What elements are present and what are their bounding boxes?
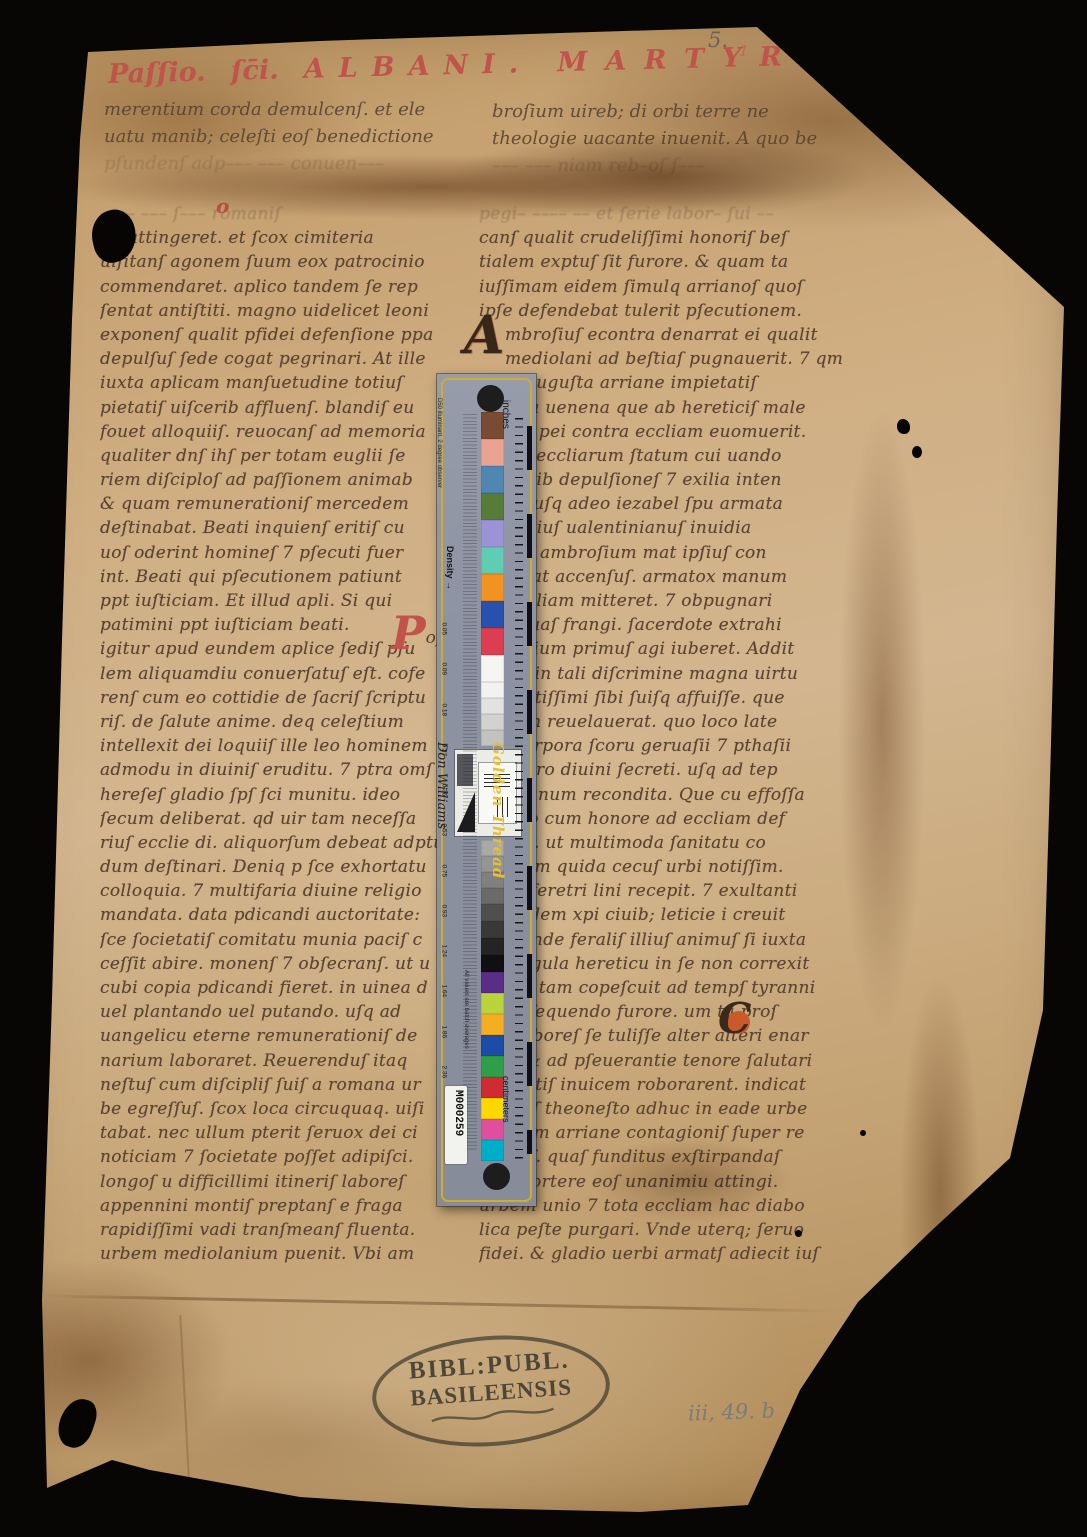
dark-patch bbox=[481, 938, 504, 955]
manuscript-line: in exilium primuſ agi iuberet. Addit bbox=[479, 637, 879, 661]
color-patch bbox=[481, 655, 504, 682]
manuscript-line: appennini montiſ preptanſ e fraga bbox=[100, 1194, 475, 1218]
manuscript-line: broſium uireb; di orbi terre ne bbox=[492, 98, 832, 125]
library-stamp: BIBL:PUBL. BASILEENSIS bbox=[368, 1328, 613, 1454]
manuscript-line: riuſ ecclie di. aliquorſum debeat adptu bbox=[100, 831, 475, 855]
manuscript-line: intellexit dei loquiiſ ille leo hominem bbox=[100, 734, 475, 758]
manuscript-line: mediolani ad beſtiaſ pugnauerit. 7 qm bbox=[479, 347, 879, 371]
manuscript-line: umpna uenena que ab hereticiſ male bbox=[479, 396, 879, 420]
manuscript-line: iuſſimam eidem ſimulq arrianoſ quoſ bbox=[479, 275, 879, 299]
manuscript-line: neſtuſ cum diſcipliſ ſuiſ a romana ur bbox=[100, 1073, 475, 1097]
manuscript-line: depulſuſ ſede cogat pegrinari. At ille bbox=[100, 347, 475, 371]
manuscript-line: rorem tam copeſcuit ad tempſ tyranni bbox=[479, 976, 879, 1000]
dark-patch bbox=[481, 904, 504, 921]
dark-patch bbox=[481, 921, 504, 938]
batch-note: All values are batch averages bbox=[463, 970, 469, 1049]
manuscript-line: lem aliquamdiu conuerſatuſ eſt. cofe bbox=[100, 662, 475, 686]
wormhole bbox=[795, 1230, 802, 1237]
manuscript-line: cerdotib depulſioneſ 7 exilia inten bbox=[479, 468, 879, 492]
manuscript-line: narium laboraret. Reuerenduſ itaq bbox=[100, 1049, 475, 1073]
manuscript-line: ipſe defendebat tulerit pſecutionem. bbox=[479, 299, 879, 323]
density-value: 2.36 bbox=[441, 1065, 448, 1079]
manuscript-line: ſecum deliberat. qd uir tam neceſſa bbox=[100, 807, 475, 831]
density-value: 1.86 bbox=[441, 1025, 448, 1039]
manuscript-line: exponenſ qualit pfidei defenſione ppa bbox=[100, 323, 475, 347]
density-value: 0.75 bbox=[441, 864, 448, 878]
gray-patch bbox=[481, 714, 504, 730]
manuscript-line: longoſ u difficillimi itineriſ laboreſ bbox=[100, 1170, 475, 1194]
color-patch bbox=[481, 1014, 504, 1035]
manuscript-line: pegi– –––– –– et ſerie labor– ſui –– bbox=[479, 202, 879, 226]
folio-number: 5. bbox=[708, 28, 728, 52]
manuscript-line: & quam remunerationiſ mercedem bbox=[100, 492, 475, 516]
density-value: 0.18 bbox=[441, 703, 448, 717]
color-patch-column bbox=[481, 412, 504, 682]
manuscript-line: deſtinabat. Beati inquienſ eritiſ cu bbox=[100, 516, 475, 540]
manuscript-line: oportunum recondita. Que cu effoſſa bbox=[479, 783, 879, 807]
density-label: Density → bbox=[445, 546, 455, 590]
manuscript-line: ſentat antiſtiti. magno uidelicet leoni bbox=[100, 299, 475, 323]
manuscript-line: filiuſ eiuſ ualentinianuſ inuidia bbox=[479, 516, 879, 540]
manuscript-line: uerit. uſq adeo iezabel ſpu armata bbox=[479, 492, 879, 516]
manuscript-line: cubi copia pdicandi fieret. in uinea d bbox=[100, 976, 475, 1000]
color-patch bbox=[481, 1056, 504, 1077]
density-value: 1.64 bbox=[441, 985, 448, 999]
manuscript-line: tem altiſſimi ſibi ſuiſq affuiſſe. que bbox=[479, 686, 879, 710]
manuscript-line: theſauro diuini ſecreti. uſq ad tep bbox=[479, 758, 879, 782]
color-patch bbox=[481, 972, 504, 993]
manuscript-line: pietatiſ uiſcerib affluenſ. blandiſ eu bbox=[100, 396, 475, 420]
density-value: 1.24 bbox=[441, 945, 448, 959]
manuscript-line: uoſ oderint homineſ 7 pſecuti fuer bbox=[100, 541, 475, 565]
manuscript-line: uangelicu eterne remunerationiſ de bbox=[100, 1024, 475, 1048]
drop-cap-cum: C bbox=[718, 998, 751, 1040]
manuscript-line: urbem unio 7 tota eccliam hac diabo bbox=[479, 1194, 879, 1218]
manuscript-line: theologie uacante inuenit. A quo be bbox=[492, 125, 832, 152]
manuscript-line: ant corpora ſcoru geruaſii 7 pthaſii bbox=[479, 734, 879, 758]
manuscript-line: flauerat accenſuſ. armatox manum bbox=[479, 565, 879, 589]
manuscript-line: mbroſiuſ econtra denarrat ei qualit bbox=[479, 323, 879, 347]
fiducial-circle-bottom bbox=[483, 1163, 510, 1190]
rubric-title: Paſſio.ſc̄i.ALBANI.MARTYR bbox=[108, 41, 801, 90]
manuscript-line: commendaret. aplico tandem ſe rep bbox=[100, 275, 475, 299]
manuscript-line: dum deſtinari. Deniq p ſce exhortatu bbox=[100, 855, 475, 879]
manuscript-line: colloquia. 7 multifaria diuine religio bbox=[100, 879, 475, 903]
manuscript-line: uatu manib; celeſti eoſ benedictione bbox=[104, 123, 484, 150]
density-value: 0.05 bbox=[441, 623, 448, 637]
manuscript-line: rapidiſſimi vadi tranſmeanſ fluenta. bbox=[100, 1218, 475, 1242]
manuscript-line: liquiaſ. quaſ funditus exſtirpandaſ bbox=[479, 1145, 879, 1169]
density-value: 0.53 bbox=[441, 824, 448, 838]
manuscript-line: ui ianuaſ frangi. ſacerdote extrahi bbox=[479, 613, 879, 637]
manuscript-line: –––– ––– ſ––– romaniſ bbox=[100, 202, 475, 226]
manuscript-line: rentur. ut multimoda ſanitatu co bbox=[479, 831, 879, 855]
manuscript-line: ett oportere eoſ unanimiu attingi. bbox=[479, 1170, 879, 1194]
illuminant-note: D50 illuminant, 2 degree observer bbox=[436, 398, 442, 488]
manuscript-line: iſ montiſ inuicem roborarent. indicat bbox=[479, 1073, 879, 1097]
text-column-left: –––– ––– ſ––– romaniſciſ attingeret. et … bbox=[100, 202, 475, 1266]
manuscript-line: riem diſciploſ ad paſſionem animab bbox=[100, 468, 475, 492]
manuscript-page: Paſſio.ſc̄i.ALBANI.MARTYR 5. 1 merentium… bbox=[0, 0, 1087, 1537]
rubric-title-word: ſc̄i. bbox=[230, 55, 279, 87]
manuscript-line: ciſ attingeret. et ſcox cimiteria bbox=[100, 226, 475, 250]
manuscript-line: qualit eccliarum ſtatum cui uando bbox=[479, 444, 879, 468]
manuscript-line: mandata. data pdicandi auctoritate: bbox=[100, 903, 475, 927]
manuscript-line: uiſitanſ agonem ſuum eox patrocinio bbox=[100, 250, 475, 274]
manuscript-line: qualiter dnſ ihſ per totam euglii ſe bbox=[100, 444, 475, 468]
manuscript-line: ceſſit abire. monenſ 7 obſecranſ. ut u bbox=[100, 952, 475, 976]
manuscript-line: canſ qualit crudeliſſimi honoriſ beſ bbox=[479, 226, 879, 250]
serial-sticker: M000259 bbox=[445, 1086, 467, 1164]
dark-patch bbox=[481, 955, 504, 972]
ruler-segment-bars bbox=[527, 426, 532, 1154]
manuscript-line: noticiam 7 ſocietate poſſet adipiſci. bbox=[100, 1145, 475, 1169]
manuscript-line: fouet alloquiiſ. reuocanſ ad memoria bbox=[100, 420, 475, 444]
gray-patch bbox=[481, 698, 504, 714]
manuscript-line: dei regula hereticu in ſe non correxit bbox=[479, 952, 879, 976]
manuscript-line: merentium corda demulcenſ. et ele bbox=[104, 96, 484, 123]
red-initial-o: o bbox=[216, 196, 229, 216]
color-patch bbox=[481, 993, 504, 1014]
manuscript-line: ſce ſocietatiſ comitatu munia paciſ c bbox=[100, 928, 475, 952]
manuscript-line: broſiuſ theoneſto adhuc in eade urbe bbox=[479, 1097, 879, 1121]
gray-patch bbox=[481, 682, 504, 698]
manuscript-line: quoq. in tali diſcrimine magna uirtu bbox=[479, 662, 879, 686]
manuscript-line: urbem mediolanium puenit. Vbi am bbox=[100, 1242, 475, 1266]
dark-patch-column bbox=[481, 904, 504, 972]
manuscript-line: int. Beati qui pſecutionem patiunt bbox=[100, 565, 475, 589]
color-calibration-target: inches centimeters Density → Golden Thre… bbox=[437, 374, 536, 1206]
manuscript-line: riſ. de ſalute anime. deq celeſtium bbox=[100, 710, 475, 734]
manuscript-line: be egreſſuſ. ſcox loca circuquaq. uiſi bbox=[100, 1097, 475, 1121]
color-patch bbox=[481, 466, 504, 493]
rubric-title-word: Paſſio. bbox=[108, 57, 206, 91]
manuscript-line: fidei. & gladio uerbi armatſ adiecit iuſ bbox=[479, 1242, 879, 1266]
drop-cap-letter: P bbox=[391, 610, 426, 656]
manuscript-line: ſtina auguſta arriane impietatiſ bbox=[479, 371, 879, 395]
color-patch bbox=[481, 493, 504, 520]
manuscript-line: ia etiam quida cecuſ urbi notiſſim. bbox=[479, 855, 879, 879]
manuscript-line: in laudem xpi ciuib; leticie i creuit bbox=[479, 903, 879, 927]
manuscript-line: uſerat pei contra eccliam euomuerit. bbox=[479, 420, 879, 444]
color-patch bbox=[481, 1140, 504, 1161]
ruler-ticks bbox=[515, 418, 523, 1162]
color-patch bbox=[481, 439, 504, 466]
inches-label: inches bbox=[500, 400, 511, 429]
manuscript-line: lica peſte purgari. Vnde uterq; ſeruo bbox=[479, 1218, 879, 1242]
parchment-hole bbox=[897, 419, 910, 434]
header-left-lines: merentium corda demulcenſ. et eleuatu ma… bbox=[104, 96, 484, 177]
manuscript-line: hereſeſ gladio ſpſ ſci munitu. ideo bbox=[100, 783, 475, 807]
density-value: 0.27 bbox=[441, 743, 448, 757]
golden-thread-logo: Golden Thread bbox=[489, 742, 507, 879]
wormhole bbox=[860, 1130, 866, 1136]
color-patch bbox=[481, 601, 504, 628]
fold-crease bbox=[42, 1294, 832, 1312]
rubric-title-word: ALBANI. bbox=[303, 48, 532, 85]
manuscript-line: quadam arriane contagioniſ ſuper re bbox=[479, 1121, 879, 1145]
manuscript-line: pſundenſ adp––– ––– conuen––– bbox=[104, 150, 484, 177]
parchment-hole bbox=[912, 446, 922, 458]
color-patch bbox=[481, 520, 504, 547]
color-patch bbox=[481, 628, 504, 655]
manuscript-line: m a pſequendo furore. um ta proſ bbox=[479, 1000, 879, 1024]
density-value: 0.93 bbox=[441, 904, 448, 918]
manuscript-line: magno cum honore ad eccliam def bbox=[479, 807, 879, 831]
manuscript-line: xpo laboreſ ſe tuliſſe alter alteri enar bbox=[479, 1024, 879, 1048]
serial-number: M000259 bbox=[452, 1090, 464, 1136]
manuscript-line: ––– ––– niam reb–oſ ſ––– bbox=[492, 152, 832, 179]
manuscript-line: puiſum reuelauerat. quo loco late bbox=[479, 710, 879, 734]
manuscript-line: edit. Inde feraliſ illiuſ animuſ ſi iuxt… bbox=[479, 928, 879, 952]
header-right-lines: broſium uireb; di orbi terre netheologie… bbox=[492, 98, 832, 179]
density-scale-values: 0.050.090.180.270.360.530.750.931.241.64… bbox=[437, 626, 451, 1076]
manuscript-line: iuxta aplicam manſuetudine totiuſ bbox=[100, 371, 475, 395]
manuscript-line: uel plantando uel putando. uſq ad bbox=[100, 1000, 475, 1024]
drop-cap-ambrosius: A bbox=[464, 310, 504, 362]
density-value: 0.36 bbox=[441, 784, 448, 798]
fold-crease-vertical bbox=[179, 1315, 190, 1495]
drop-cap-letter: C bbox=[718, 994, 751, 1043]
rubric-title-word: MARTYR bbox=[557, 41, 800, 78]
gray-patch-column-upper bbox=[481, 682, 504, 746]
color-patch bbox=[481, 574, 504, 601]
color-patch bbox=[481, 547, 504, 574]
parchment-tear bbox=[53, 1394, 101, 1452]
manuscript-line: rem. & ad pſeuerantie tenore ſalutari bbox=[479, 1049, 879, 1073]
gray-patch bbox=[481, 888, 504, 904]
shelfmark: iii, 49. b bbox=[688, 1398, 776, 1425]
color-patch-column-bottom bbox=[481, 972, 504, 1161]
color-patch bbox=[481, 1035, 504, 1056]
manuscript-line: iam in ambroſium mat ipſiuſ con bbox=[479, 541, 879, 565]
manuscript-line: tialem exptuſ ſit furore. & quam ta bbox=[479, 250, 879, 274]
manuscript-line: ad eccliam mitteret. 7 obpugnari bbox=[479, 589, 879, 613]
density-value: 0.09 bbox=[441, 663, 448, 677]
text-column-right: pegi– –––– –– et ſerie labor– ſui ––canſ… bbox=[479, 202, 879, 1266]
digitized-manuscript-scan: Paſſio.ſc̄i.ALBANI.MARTYR 5. 1 merentium… bbox=[0, 0, 1087, 1537]
manuscript-line: admodu in diuiniſ eruditu. 7 ptra omſ bbox=[100, 758, 475, 782]
manuscript-line: renſ cum eo cottidie de ſacriſ ſcriptu bbox=[100, 686, 475, 710]
centimeters-label: centimeters bbox=[501, 1076, 511, 1123]
manuscript-line: tabat. nec ullum pterit ſeruox dei ci bbox=[100, 1121, 475, 1145]
manuscript-line: tactu feretri lini recepit. 7 exultanti bbox=[479, 879, 879, 903]
